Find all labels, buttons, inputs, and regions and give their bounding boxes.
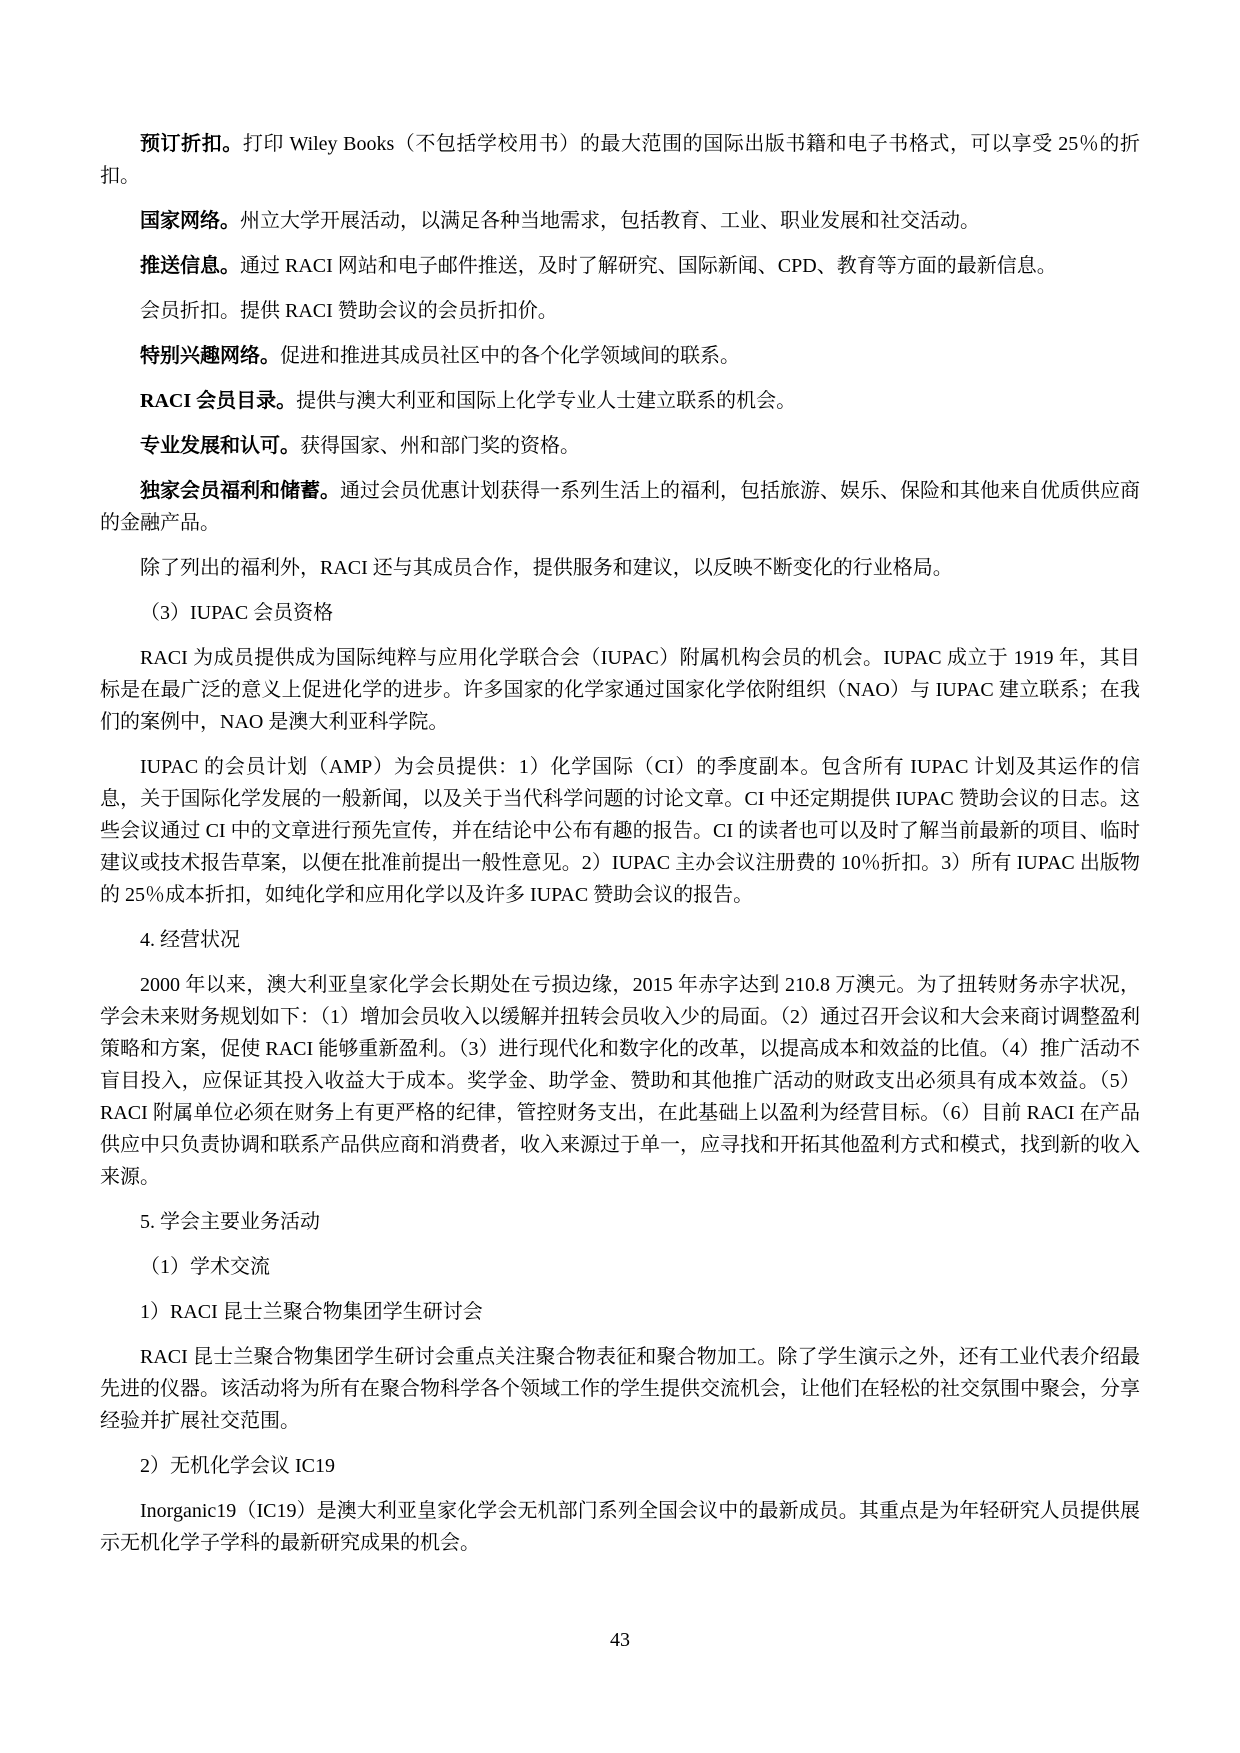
body-paragraph: 推送信息。通过 RACI 网站和电子邮件推送，及时了解研究、国际新闻、CPD、教… bbox=[100, 250, 1140, 282]
body-paragraph: 国家网络。州立大学开展活动，以满足各种当地需求，包括教育、工业、职业发展和社交活… bbox=[100, 205, 1140, 237]
document-body: 预订折扣。打印 Wiley Books（不包括学校用书）的最大范围的国际出版书籍… bbox=[100, 128, 1140, 1572]
paragraph-bold-lead: RACI 会员目录。 bbox=[140, 390, 296, 412]
section-heading: 4. 经营状况 bbox=[100, 924, 1140, 956]
document-page: 预订折扣。打印 Wiley Books（不包括学校用书）的最大范围的国际出版书籍… bbox=[0, 0, 1240, 1753]
body-paragraph: 预订折扣。打印 Wiley Books（不包括学校用书）的最大范围的国际出版书籍… bbox=[100, 128, 1140, 192]
body-paragraph: IUPAC 的会员计划（AMP）为会员提供：1）化学国际（CI）的季度副本。包含… bbox=[100, 751, 1140, 911]
page-number: 43 bbox=[0, 1626, 1240, 1654]
body-paragraph: 2000 年以来，澳大利亚皇家化学会长期处在亏损边缘，2015 年赤字达到 21… bbox=[100, 969, 1140, 1193]
body-paragraph: 特别兴趣网络。促进和推进其成员社区中的各个化学领域间的联系。 bbox=[100, 340, 1140, 372]
body-paragraph: RACI 昆士兰聚合物集团学生研讨会重点关注聚合物表征和聚合物加工。除了学生演示… bbox=[100, 1341, 1140, 1437]
body-paragraph: RACI 为成员提供成为国际纯粹与应用化学联合会（IUPAC）附属机构会员的机会… bbox=[100, 642, 1140, 738]
section-heading: （3）IUPAC 会员资格 bbox=[100, 597, 1140, 629]
paragraph-bold-lead: 专业发展和认可。 bbox=[140, 435, 300, 457]
section-heading: 2）无机化学会议 IC19 bbox=[100, 1450, 1140, 1482]
paragraph-bold-lead: 特别兴趣网络。 bbox=[140, 345, 280, 367]
body-paragraph: 独家会员福利和储蓄。通过会员优惠计划获得一系列生活上的福利，包括旅游、娱乐、保险… bbox=[100, 475, 1140, 539]
paragraph-bold-lead: 国家网络。 bbox=[140, 210, 240, 232]
paragraph-bold-lead: 预订折扣。 bbox=[140, 133, 243, 155]
paragraph-bold-lead: 独家会员福利和储蓄。 bbox=[140, 480, 340, 502]
body-paragraph: RACI 会员目录。提供与澳大利亚和国际上化学专业人士建立联系的机会。 bbox=[100, 385, 1140, 417]
body-paragraph: 除了列出的福利外，RACI 还与其成员合作，提供服务和建议，以反映不断变化的行业… bbox=[100, 552, 1140, 584]
section-heading: （1）学术交流 bbox=[100, 1251, 1140, 1283]
body-paragraph: Inorganic19（IC19）是澳大利亚皇家化学会无机部门系列全国会议中的最… bbox=[100, 1495, 1140, 1559]
section-heading: 1）RACI 昆士兰聚合物集团学生研讨会 bbox=[100, 1296, 1140, 1328]
body-paragraph: 专业发展和认可。获得国家、州和部门奖的资格。 bbox=[100, 430, 1140, 462]
section-heading: 5. 学会主要业务活动 bbox=[100, 1206, 1140, 1238]
paragraph-bold-lead: 推送信息。 bbox=[140, 255, 240, 277]
body-paragraph: 会员折扣。提供 RACI 赞助会议的会员折扣价。 bbox=[100, 295, 1140, 327]
